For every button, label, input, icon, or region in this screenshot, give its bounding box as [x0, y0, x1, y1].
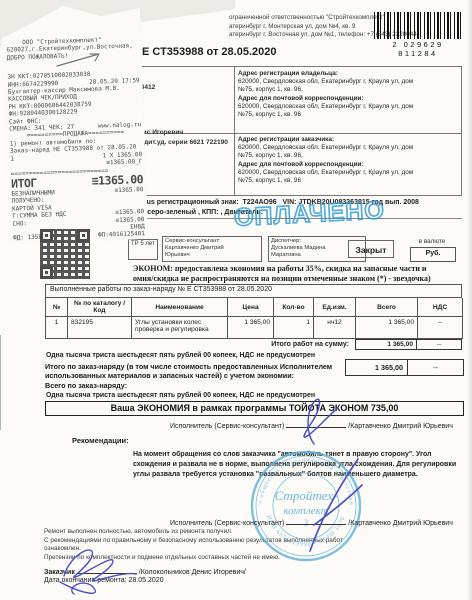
qr-finder [40, 266, 53, 279]
cell-price: 1 365,00 [228, 317, 274, 339]
qr-finder [40, 229, 53, 242]
grand-total-vat: -- [408, 360, 463, 375]
owner-address-block: Адрес регистрации владельца: 620000, Све… [238, 70, 458, 119]
customer-postal-line: 620000, Свердловская обл, Екатеринбург г… [238, 169, 458, 177]
works-table-header-row: № № по каталогу / Код Наименование Цена … [45, 297, 462, 317]
owner-address-label: Адрес регистрации владельца: [238, 70, 338, 77]
econom-note-line2: омия/скидка не распространяются на позиц… [133, 274, 463, 285]
executor-label: Исполнитель (Сервис-консультант) [170, 423, 284, 430]
status-badge: Закрыт [348, 240, 394, 258]
works-total-value: 1 365,00 [355, 339, 417, 350]
order-title: Е СТ353988 от 28.05.2020 [142, 46, 277, 58]
col-header-name: Наименование [132, 298, 228, 317]
owner-address-line: №75, корпус 1, кв. 96, [238, 86, 458, 94]
works-table: Выполненные работы по заказ-наряду № Е С… [45, 284, 462, 350]
cash-receipt: ООО "Стройтехкомплект" 620027,г.Екатерин… [0, 3, 148, 244]
customer-postal-line: №75, корпус 1, кв. 96 [238, 177, 458, 185]
currency-label: в валюте [410, 238, 454, 245]
customer-address-label: Адрес регистрации заказчика: [238, 136, 334, 143]
cell-catalog: 832195 [68, 317, 132, 339]
grand-total-box: 1 365,00 -- [345, 359, 464, 376]
col-header-price: Цена [228, 298, 274, 317]
customer-address-line: 620000, Свердловская обл, Екатеринбург г… [238, 144, 458, 152]
cell-name: Углы установки колес проверка и регулиро… [132, 317, 228, 339]
cell-num: 1 [46, 317, 68, 339]
paper-fold-line [0, 335, 1, 430]
grand-total-value: 1 365,00 [346, 360, 408, 375]
service-consultant-name: Юрьевич [165, 252, 259, 259]
owner-postal-line: №75, корпус 1, кв. 96 [238, 111, 458, 119]
cell-total: 1 365,00 [356, 317, 418, 339]
grand-total-label: Итого по заказ-наряду (в том числе стоим… [45, 362, 341, 380]
customer-name: /Колокольников Денис Игоревич/ [139, 569, 246, 576]
customer-address-block: Адрес регистрации заказчика: 620000, Све… [238, 136, 458, 185]
owner-address-line: 620000, Свердловская обл, Екатеринбург г… [238, 78, 458, 86]
cell-unit: нч12 [314, 317, 356, 339]
barcode-digits: 2 029629 811284 [372, 40, 464, 58]
works-table-caption: Выполненные работы по заказ-наряду № Е С… [45, 284, 462, 297]
tr-warranty-label: ТР 5 лет [131, 241, 155, 247]
cell-qty: 1 [274, 317, 314, 339]
currency-value: Руб. [410, 247, 456, 262]
executor-signature-ink [286, 396, 346, 446]
executor-signature-ink-2 [300, 455, 370, 555]
col-header-unit: Ед.изм. [314, 298, 356, 317]
works-total-label: Итого работ на сумму: [45, 339, 355, 350]
scanned-work-order-page: ограниченной ответственностью "Стройтехк… [0, 0, 472, 600]
handwritten-arrow [55, 50, 105, 68]
col-header-catalog: № по каталогу / Код [68, 298, 132, 317]
service-consultant-name: Картавченко Дмитрий [165, 245, 259, 252]
receipt-amount: ≡1365.00_Г [106, 158, 142, 167]
receipt-sno-label: СНО: [12, 220, 27, 228]
customer-postal-label: Адрес для почтовой корреспонденции: [238, 161, 364, 168]
customer-signature-ink [52, 538, 147, 598]
grand-total-label-line2: использованных материалов и запасных час… [45, 371, 341, 380]
cell-vat: -- [418, 317, 463, 339]
receipt-total-label: ИТОГ [11, 177, 37, 191]
works-table-footer: Итого работ на сумму: 1 365,00 -- [45, 339, 462, 350]
grand-total-label-line1: Итого по заказ-наряду (в том числе стоим… [45, 362, 341, 371]
customer-address-line: №75, корпус 1, кв. 96, [238, 152, 458, 160]
box-vertical-divider [234, 67, 235, 195]
savings-banner: Ваша ЭКОНОМИЯ в рамках программы ТОЙОТА … [45, 401, 464, 416]
receipt-pay-value: ≡1365.00 [114, 186, 143, 194]
col-header-qty: Кол-во [274, 298, 314, 317]
owner-postal-line: 620000, Свердловская обл, Екатеринбург г… [238, 103, 458, 111]
qr-finder [77, 229, 90, 242]
works-total-vat: -- [417, 339, 462, 350]
tr-warranty-box: ТР 5 лет [128, 239, 158, 260]
econom-note-line1: ЭКОНОМ: предоставлена экономия на работы… [133, 264, 463, 275]
customer-license-fragment: )водит.уд. серии 6621 722190 [134, 139, 228, 146]
amount-in-words: Одна тысяча триста шестьдесят пять рубле… [46, 352, 315, 359]
receipt-fp: ФП:4016125401 [98, 230, 145, 239]
scan-edge-shadow [467, 0, 472, 600]
executor-name: /Картавченко Дмитрий Юрьевич [348, 423, 453, 430]
recommendations-label: Рекомендации: [72, 436, 129, 446]
col-header-total: Всего [356, 298, 418, 317]
owner-postal-label: Адрес для почтовой корреспонденции: [238, 95, 364, 102]
qr-code [40, 229, 90, 279]
col-header-num: № [46, 298, 68, 317]
col-header-vat: НДС [418, 298, 463, 317]
barcode [374, 12, 462, 39]
table-row: 1 832195 Углы установки колес проверка и… [45, 317, 462, 339]
vsego-label: Всего по заказ-наряду: [45, 381, 127, 390]
amount-in-words-2: Одна тысяча триста шестьдесят пять рубле… [46, 392, 315, 399]
service-consultant-box: Сервис-консультант: Картавченко Дмитрий … [162, 236, 262, 262]
executor-label: Исполнитель (Сервис-консультант) [170, 520, 284, 527]
